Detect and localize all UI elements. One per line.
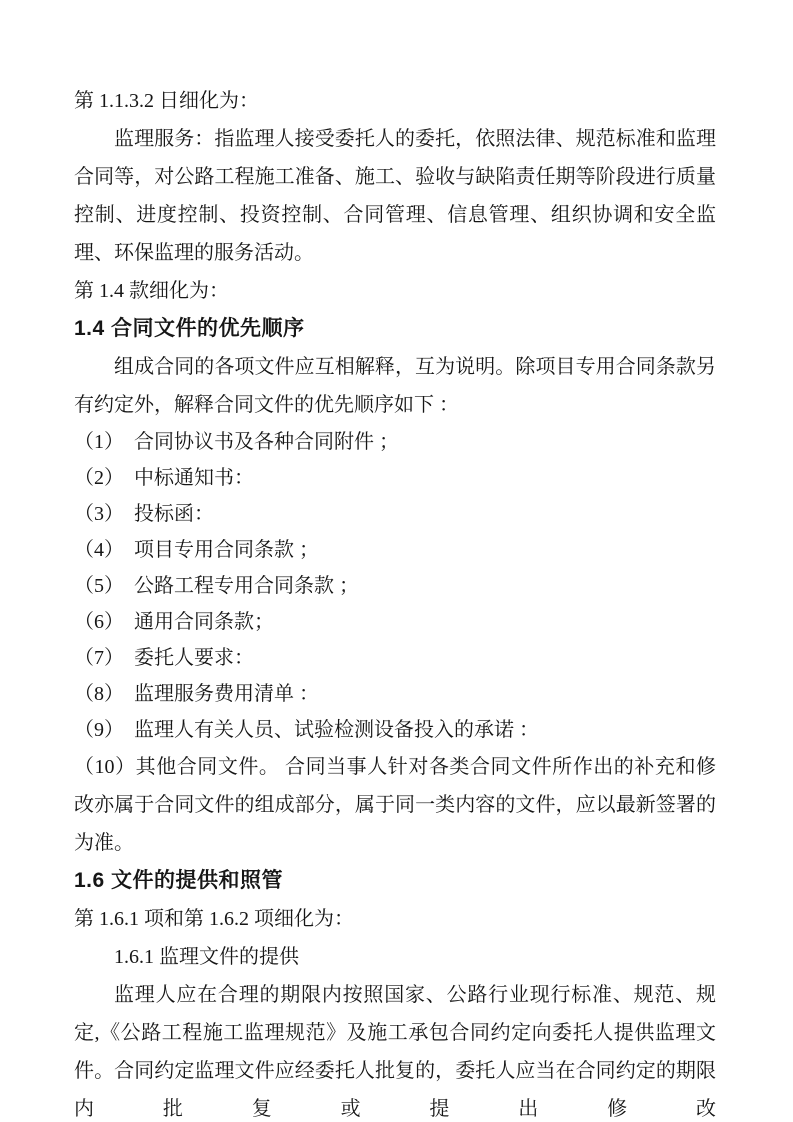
paragraph-supervision-service: 监理服务：指监理人接受委托人的委托，依照法律、规范标准和监理合同等，对公路工程施… xyxy=(74,120,716,272)
priority-item-10: （10）其他合同文件。 合同当事人针对各类合同文件所作出的补充和修改亦属于合同文… xyxy=(74,748,716,862)
priority-item-4: （4） 项目专用合同条款 ； xyxy=(74,532,716,568)
heading-1-4-contract-file-priority: 1.4 合同文件的优先顺序 xyxy=(74,310,716,348)
paragraph-document-provision: 监理人应在合理的期限内按照国家、公路行业现行标准、规范、规定,《公路工程施工监理… xyxy=(74,976,716,1122)
priority-item-6: （6） 通用合同条款； xyxy=(74,604,716,640)
priority-item-5: （5） 公路工程专用合同条款 ； xyxy=(74,568,716,604)
priority-item-3: （3） 投标函： xyxy=(74,496,716,532)
priority-item-2: （2） 中标通知书： xyxy=(74,460,716,496)
priority-item-8: （8） 监理服务费用清单 ： xyxy=(74,676,716,712)
priority-item-9: （9） 监理人有关人员、试验检测设备投入的承诺 ： xyxy=(74,712,716,748)
document-content: 第 1.1.3.2 日细化为： 监理服务：指监理人接受委托人的委托，依照法律、规… xyxy=(74,82,716,1122)
clause-line-1-4: 第 1.4 款细化为： xyxy=(74,272,716,310)
paragraph-priority-intro: 组成合同的各项文件应互相解释，互为说明。除项目专用合同条款另有约定外，解释合同文… xyxy=(74,348,716,424)
clause-line-1-1-3-2: 第 1.1.3.2 日细化为： xyxy=(74,82,716,120)
heading-1-6-file-provision-custody: 1.6 文件的提供和照管 xyxy=(74,862,716,900)
document-page: 第 1.1.3.2 日细化为： 监理服务：指监理人接受委托人的委托，依照法律、规… xyxy=(0,0,793,1122)
priority-list: （1） 合同协议书及各种合同附件 ； （2） 中标通知书： （3） 投标函： （… xyxy=(74,424,716,862)
clause-line-1-6-1-and-1-6-2: 第 1.6.1 项和第 1.6.2 项细化为： xyxy=(74,900,716,938)
subclause-1-6-1-title: 1.6.1 监理文件的提供 xyxy=(74,938,716,976)
priority-item-7: （7） 委托人要求： xyxy=(74,640,716,676)
priority-item-1: （1） 合同协议书及各种合同附件 ； xyxy=(74,424,716,460)
